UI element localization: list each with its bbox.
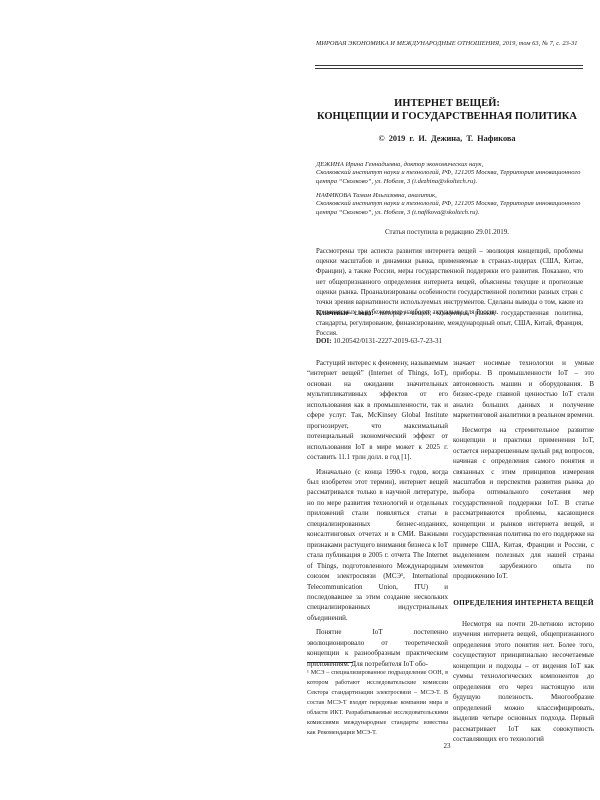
section-heading: ОПРЕДЕЛЕНИЯ ИНТЕРНЕТА ВЕЩЕЙ: [453, 598, 594, 608]
page-number: 23: [300, 742, 594, 750]
paragraph: значает носимые технологии и умные прибо…: [453, 358, 594, 421]
article-title: ИНТЕРНЕТ ВЕЩЕЙ: КОНЦЕПЦИИ И ГОСУДАРСТВЕН…: [300, 97, 594, 123]
article-title-line-2: КОНЦЕПЦИИ И ГОСУДАРСТВЕННАЯ ПОЛИТИКА: [317, 111, 577, 122]
paragraph: Несмотря на почти 20-летнюю историю изуч…: [453, 619, 594, 744]
doi-label: DOI:: [316, 337, 332, 345]
copyright-byline: © 2019 г. И. Дежина, Т. Нафикова: [300, 134, 594, 143]
paragraph: Несмотря на стремительное развитие конце…: [453, 425, 594, 582]
paragraph: Растущий интерес к феномену, называемым …: [307, 358, 448, 463]
body-column-left: Растущий интерес к феномену, называемым …: [307, 358, 448, 673]
running-head: МИРОВАЯ ЭКОНОМИКА И МЕЖДУНАРОДНЫЕ ОТНОШЕ…: [316, 40, 586, 47]
author-affiliation-dezhina: ДЕЖИНА Ирина Геннадиевна, доктор экономи…: [316, 161, 588, 186]
footnote-text: ¹ МСЭ – специализированное подразделение…: [307, 668, 448, 738]
received-note: Статья поступила в редакцию 29.01.2019.: [300, 228, 594, 236]
author-affiliation-nafikova: НАФИКОВА Тамам Ильгизовна, аналитик, Ско…: [316, 192, 588, 217]
doi-value: 10.20542/0131-2227-2019-63-7-23-31: [332, 337, 442, 345]
keywords: Ключевые слова: интернет вещей, концепци…: [316, 309, 583, 340]
paragraph: Изначально (с конца 1990-х годов, когда …: [307, 467, 448, 624]
journal-page: МИРОВАЯ ЭКОНОМИКА И МЕЖДУНАРОДНЫЕ ОТНОШЕ…: [0, 0, 600, 800]
abstract-text: Рассмотрены три аспекта развития интерне…: [316, 247, 583, 318]
article-title-line-1: ИНТЕРНЕТ ВЕЩЕЙ:: [394, 98, 500, 109]
keywords-label: Ключевые слова:: [316, 310, 374, 317]
header-rule: [315, 65, 583, 69]
body-column-right: значает носимые технологии и умные прибо…: [453, 358, 594, 748]
footnote-rule: [307, 662, 353, 663]
doi: DOI: 10.20542/0131-2227-2019-63-7-23-31: [316, 337, 583, 345]
